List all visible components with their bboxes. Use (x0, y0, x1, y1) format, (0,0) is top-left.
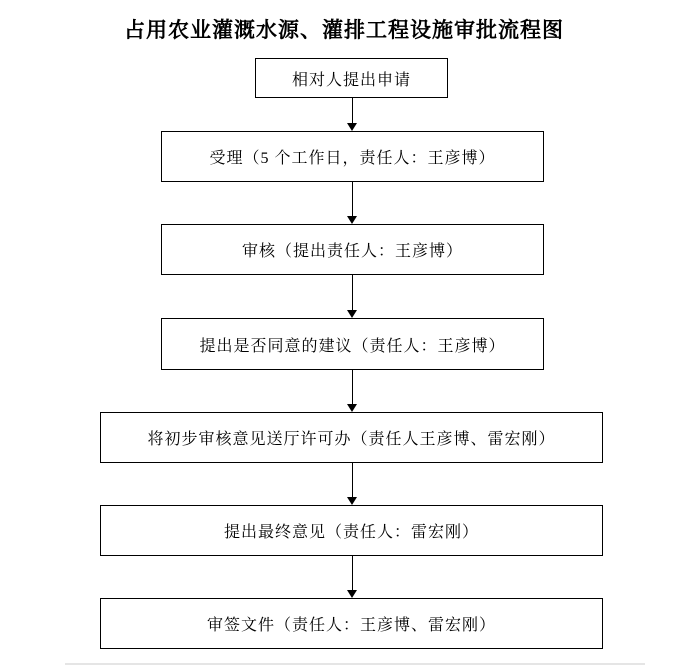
flow-step-acceptance: 受理（5 个工作日，责任人：王彦博） (161, 131, 544, 182)
flow-step-final-opinion: 提出最终意见（责任人：雷宏刚） (100, 505, 603, 556)
down-arrow-icon (347, 182, 358, 224)
down-arrow-icon (347, 463, 358, 505)
down-arrow-icon (347, 275, 358, 318)
down-arrow-icon (347, 556, 358, 598)
flow-step-review: 审核（提出责任人：王彦博） (161, 224, 544, 275)
page-title: 占用农业灌溉水源、灌排工程设施审批流程图 (0, 14, 688, 44)
flow-step-sign-documents: 审签文件（责任人：王彦博、雷宏刚） (100, 598, 603, 649)
flow-step-send-to-permit-office: 将初步审核意见送厅许可办（责任人王彦博、雷宏刚） (100, 412, 603, 463)
down-arrow-icon (347, 370, 358, 412)
down-arrow-icon (347, 98, 358, 131)
flow-step-application: 相对人提出申请 (255, 58, 448, 98)
flowchart-page: 占用农业灌溉水源、灌排工程设施审批流程图 相对人提出申请 受理（5 个工作日，责… (0, 0, 688, 668)
page-divider (65, 663, 645, 665)
flow-step-suggestion: 提出是否同意的建议（责任人：王彦博） (161, 318, 544, 370)
